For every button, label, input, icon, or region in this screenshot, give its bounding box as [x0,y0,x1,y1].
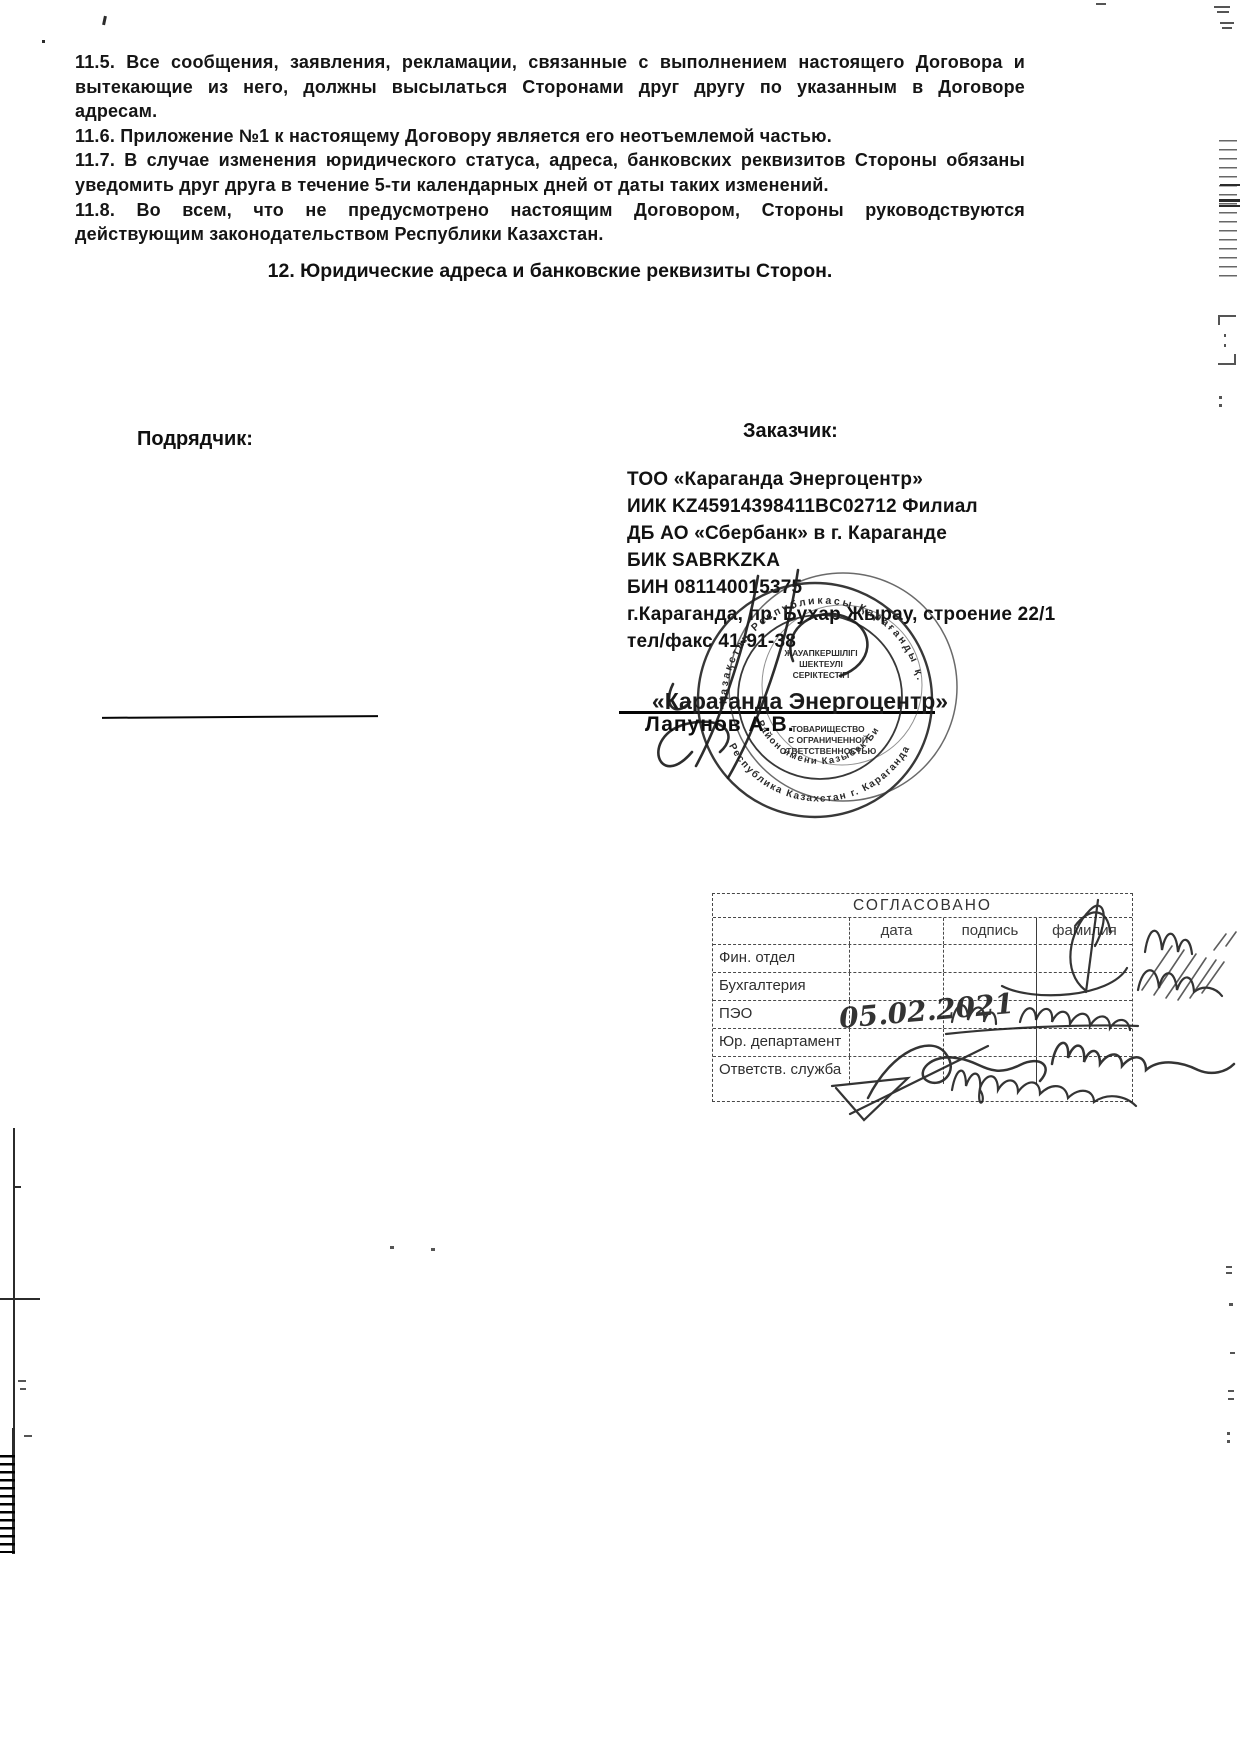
scan-artifact [1214,6,1230,8]
scan-artifact [1096,3,1106,5]
clause-line: 11.6. Приложение №1 к настоящему Договор… [75,124,1025,149]
company-seal: Қазақстан Республикасы Қарағанды қ. ЖАУА… [628,556,1040,848]
customer-label: Заказчик: [743,420,838,443]
svg-text:ЖАУАПКЕРШІЛІГІ: ЖАУАПКЕРШІЛІГІ [783,648,857,658]
scan-artifact [24,1435,32,1437]
customer-signatory-name: Лапунов А.В. [645,713,795,737]
approval-handwriting: 05.02.2021 [690,850,1240,1150]
scan-artifact [1218,315,1236,317]
scan-artifact [0,1298,40,1300]
signature-scribble [1002,900,1127,995]
scan-artifact [1219,199,1240,202]
scan-artifact [13,1128,15,1430]
detail-line: ТОО «Караганда Энергоцентр» [627,466,1107,493]
clause-line: действующим законодательством Республики… [75,222,1025,247]
scan-artifact [390,1246,394,1249]
scan-artifact [1227,1432,1230,1435]
surname-scrawl [1138,931,1222,996]
scan-artifact [1224,334,1226,337]
handwritten-date: 05.02.2021 [838,987,1016,1035]
scan-artifact [1219,140,1237,280]
scan-artifact [1226,1272,1232,1274]
section-heading: 12. Юридические адреса и банковские рекв… [75,260,1025,283]
svg-text:ШЕКТЕУЛІ: ШЕКТЕУЛІ [799,659,843,669]
scan-artifact [102,16,107,25]
clause-line: 11.8. Во всем, что не предусмотрено наст… [75,198,1025,223]
scan-artifact [18,1380,26,1382]
seal-inner-top-text: ЖАУАПКЕРШІЛІГІ ШЕКТЕУЛІ СЕРІКТЕСТІГІ [783,648,857,680]
clause-line: 11.5. Все сообщения, заявления, рекламац… [75,50,1025,75]
contract-clauses: 11.5. Все сообщения, заявления, рекламац… [75,50,1025,247]
scan-artifact [1229,1303,1233,1306]
scan-artifact [42,40,45,43]
svg-text:ТОВАРИЩЕСТВО: ТОВАРИЩЕСТВО [791,724,865,734]
scan-artifact [20,1388,26,1390]
clause-line: вытекающие из него, должны высылаться Ст… [75,75,1025,100]
scan-artifact [1218,315,1220,325]
detail-line: ИИК KZ45914398411BC02712 Филиал [627,493,1107,520]
scan-artifact [1222,27,1232,29]
scan-artifact [1230,1352,1235,1354]
signature-scribble [868,1043,1234,1098]
svg-text:С ОГРАНИЧЕННОЙ: С ОГРАНИЧЕННОЙ [788,734,868,745]
scan-artifact [431,1248,435,1251]
scan-artifact [15,1186,21,1188]
scanned-contract-page: 11.5. Все сообщения, заявления, рекламац… [0,0,1240,1754]
contractor-label: Подрядчик: [137,428,253,451]
scan-artifact [1219,396,1222,399]
contractor-signature-line [102,715,378,719]
detail-line: ДБ АО «Сбербанк» в г. Караганде [627,520,1107,547]
scan-artifact [1220,22,1234,24]
clause-line: адресам. [75,99,1025,124]
scan-artifact [1224,344,1226,347]
scan-artifact [1228,1390,1234,1392]
scan-artifact [1228,1398,1234,1400]
scan-artifact [1226,1266,1232,1268]
scan-artifact [1227,1440,1230,1443]
scan-artifact [1219,404,1222,407]
scan-artifact [1219,205,1240,207]
seal-band-text: «Караганда Энергоцентр» [652,688,948,714]
clause-line: 11.7. В случае изменения юридического ст… [75,148,1025,173]
scan-artifact [0,1455,15,1553]
scan-artifact [1217,11,1229,13]
scan-artifact [1220,184,1240,186]
scan-artifact [1234,354,1236,364]
clause-line: уведомить друг друга в течение 5-ти кале… [75,173,1025,198]
